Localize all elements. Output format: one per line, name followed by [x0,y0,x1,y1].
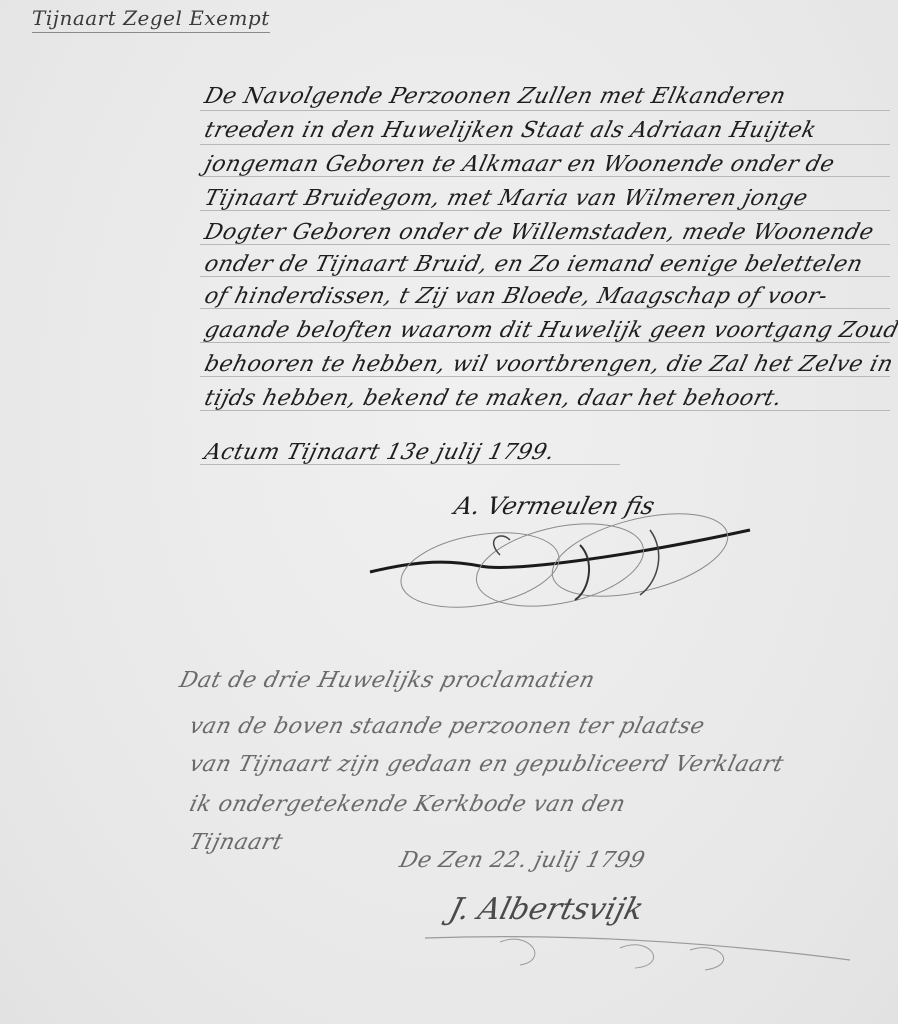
notice-line: jongeman Geboren te Alkmaar en Woonende … [202,152,837,177]
ruled-line [200,110,890,111]
attestation-line: ik ondergetekende Kerkbode van den [187,792,628,817]
signature-flourish-icon [420,920,860,980]
attestation-line: Dat de drie Huwelijks proclamatien [177,668,598,693]
notice-line: treeden in den Huwelijken Staat als Adri… [202,118,819,143]
attestation-date-line: De Zen 22. julij 1799 [397,848,648,873]
notice-line: behooren te hebben, wil voortbrengen, di… [202,352,896,377]
notice-line: tijds hebben, bekend te maken, daar het … [202,386,785,411]
notice-date-line: Actum Tijnaart 13e julij 1799. [202,440,557,465]
notice-line: onder de Tijnaart Bruid, en Zo iemand ee… [202,252,866,277]
notice-line: De Navolgende Perzoonen Zullen met Elkan… [202,84,789,109]
document-heading: Tijnaart Zegel Exempt [32,6,270,33]
attestation-line: Tijnaart [187,830,286,855]
attestation-line: van Tijnaart zijn gedaan en gepubliceerd… [187,752,786,777]
notice-line: of hinderdissen, t Zij van Bloede, Maags… [202,284,830,309]
notice-line: gaande beloften waarom dit Huwelijk geen… [202,318,898,343]
notice-line: Dogter Geboren onder de Willemstaden, me… [202,220,877,245]
attestation-line: van de boven staande perzoonen ter plaat… [187,714,708,739]
ruled-line [200,144,890,145]
scanned-document-page: Tijnaart Zegel Exempt De Navolgende Perz… [0,0,898,1024]
notice-line: Tijnaart Bruidegom, met Maria van Wilmer… [202,186,811,211]
signature-flourish-icon [360,500,780,620]
